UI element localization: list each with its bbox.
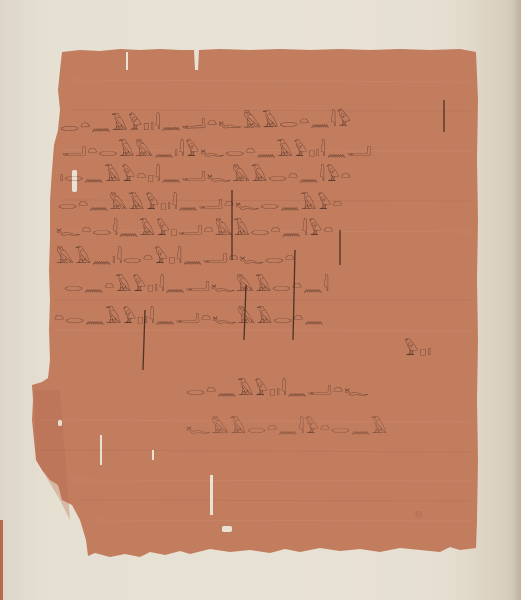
svg-text:𓊖: 𓊖 [415, 507, 422, 520]
papyrus-sheet: 𓊖 [0, 0, 521, 600]
